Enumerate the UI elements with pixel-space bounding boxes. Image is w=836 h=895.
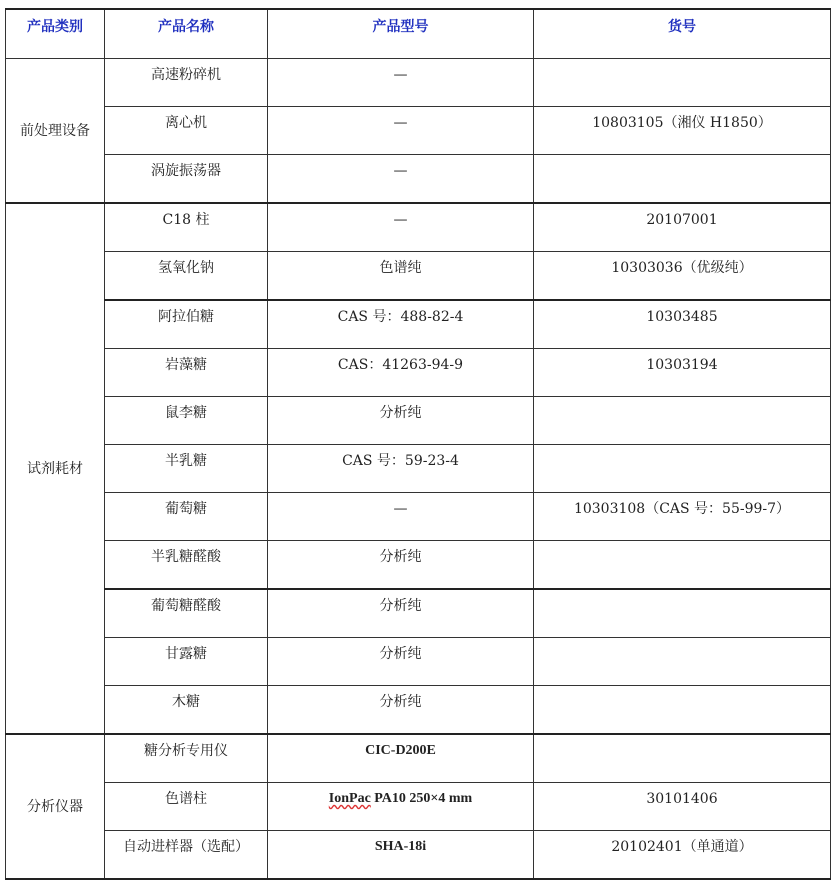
model-cell: 色谱纯 (268, 252, 534, 301)
name-cell: 葡萄糖醛酸 (105, 589, 268, 638)
model-cell: CIC-D200E (268, 734, 534, 783)
table-row: 半乳糖醛酸 分析纯 (6, 541, 831, 590)
sku-cell (534, 397, 831, 445)
sku-cell: 10303194 (534, 349, 831, 397)
model-cell: — (268, 59, 534, 107)
sku-cell: 10303108（CAS 号：55-99-7） (534, 493, 831, 541)
table-row: 岩藻糖 CAS：41263-94-9 10303194 (6, 349, 831, 397)
model-cell: 分析纯 (268, 589, 534, 638)
sku-cell: 10303036（优级纯） (534, 252, 831, 301)
sku-cell (534, 59, 831, 107)
model-cell: — (268, 493, 534, 541)
name-cell: 半乳糖 (105, 445, 268, 493)
header-category: 产品类别 (6, 9, 105, 59)
name-cell: 糖分析专用仪 (105, 734, 268, 783)
sku-cell (534, 155, 831, 204)
sku-cell (534, 445, 831, 493)
model-cell: IonPac PA10 250×4 mm (268, 783, 534, 831)
table-row: 氢氧化钠 色谱纯 10303036（优级纯） (6, 252, 831, 301)
table-row: 分析仪器 糖分析专用仪 CIC-D200E (6, 734, 831, 783)
table-row: 葡萄糖 — 10303108（CAS 号：55-99-7） (6, 493, 831, 541)
model-cell: SHA-18i (268, 831, 534, 880)
model-cell: 分析纯 (268, 397, 534, 445)
table-row: 半乳糖 CAS 号：59-23-4 (6, 445, 831, 493)
spellcheck-underlined-text: IonPac (329, 791, 371, 806)
table-row: 涡旋振荡器 — (6, 155, 831, 204)
table-row: 自动进样器（选配） SHA-18i 20102401（单通道） (6, 831, 831, 880)
table-row: 阿拉伯糖 CAS 号：488-82-4 10303485 (6, 300, 831, 349)
name-cell: 阿拉伯糖 (105, 300, 268, 349)
sku-cell: 10803105（湘仪 H1850） (534, 107, 831, 155)
model-cell: 分析纯 (268, 638, 534, 686)
header-sku: 货号 (534, 9, 831, 59)
header-model: 产品型号 (268, 9, 534, 59)
model-cell: — (268, 203, 534, 252)
table-row: 前处理设备 高速粉碎机 — (6, 59, 831, 107)
model-cell: 分析纯 (268, 686, 534, 735)
name-cell: 高速粉碎机 (105, 59, 268, 107)
table-row: 木糖 分析纯 (6, 686, 831, 735)
model-cell: CAS 号：59-23-4 (268, 445, 534, 493)
name-cell: 甘露糖 (105, 638, 268, 686)
sku-cell: 20107001 (534, 203, 831, 252)
name-cell: 木糖 (105, 686, 268, 735)
name-cell: 离心机 (105, 107, 268, 155)
sku-cell (534, 589, 831, 638)
sku-cell (534, 541, 831, 590)
sku-cell (534, 686, 831, 735)
name-cell: 岩藻糖 (105, 349, 268, 397)
name-cell: 葡萄糖 (105, 493, 268, 541)
header-row: 产品类别 产品名称 产品型号 货号 (6, 9, 831, 59)
model-cell: — (268, 107, 534, 155)
header-name: 产品名称 (105, 9, 268, 59)
name-cell: 自动进样器（选配） (105, 831, 268, 880)
category-cell: 前处理设备 (6, 59, 105, 204)
name-cell: C18 柱 (105, 203, 268, 252)
category-cell: 试剂耗材 (6, 203, 105, 734)
table-row: 甘露糖 分析纯 (6, 638, 831, 686)
name-cell: 半乳糖醛酸 (105, 541, 268, 590)
sku-cell (534, 734, 831, 783)
model-cell: CAS：41263-94-9 (268, 349, 534, 397)
table-row: 葡萄糖醛酸 分析纯 (6, 589, 831, 638)
table-row: 色谱柱 IonPac PA10 250×4 mm 30101406 (6, 783, 831, 831)
product-table: 产品类别 产品名称 产品型号 货号 前处理设备 高速粉碎机 — 离心机 — 10… (5, 8, 831, 880)
name-cell: 色谱柱 (105, 783, 268, 831)
sku-cell: 30101406 (534, 783, 831, 831)
sku-cell: 10303485 (534, 300, 831, 349)
table-row: 试剂耗材 C18 柱 — 20107001 (6, 203, 831, 252)
name-cell: 氢氧化钠 (105, 252, 268, 301)
category-cell: 分析仪器 (6, 734, 105, 879)
model-cell: 分析纯 (268, 541, 534, 590)
sku-cell: 20102401（单通道） (534, 831, 831, 880)
table-row: 鼠李糖 分析纯 (6, 397, 831, 445)
model-cell: CAS 号：488-82-4 (268, 300, 534, 349)
model-cell: — (268, 155, 534, 204)
sku-cell (534, 638, 831, 686)
name-cell: 鼠李糖 (105, 397, 268, 445)
table-row: 离心机 — 10803105（湘仪 H1850） (6, 107, 831, 155)
name-cell: 涡旋振荡器 (105, 155, 268, 204)
